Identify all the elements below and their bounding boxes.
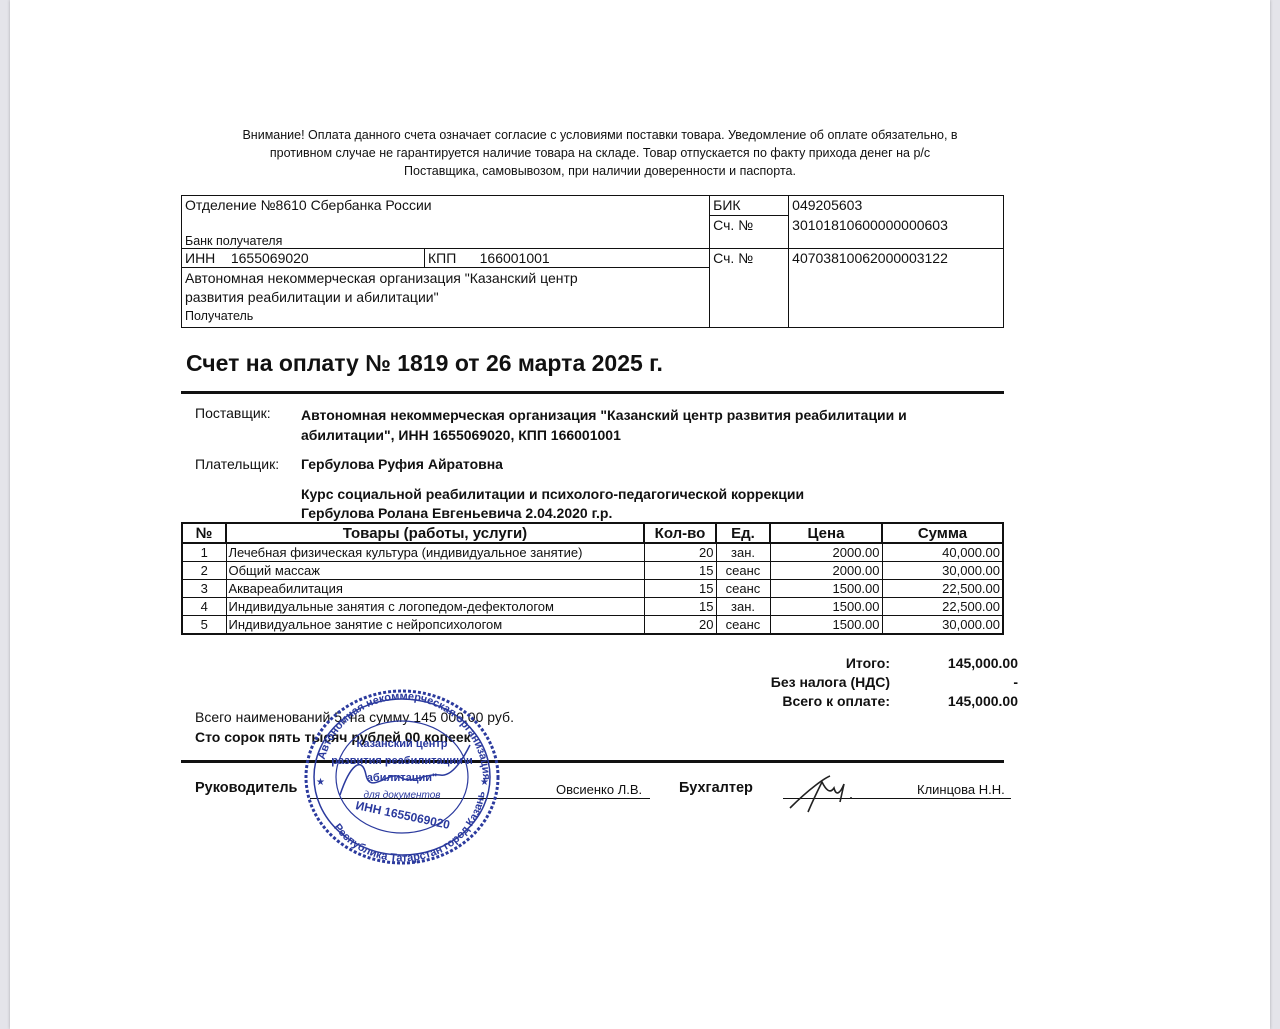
kpp-cell: КПП 166001001 (425, 249, 710, 268)
row-price: 2000.00 (770, 543, 882, 562)
bik-label: БИК (710, 196, 789, 216)
accountant-name: Клинцова Н.Н. (917, 782, 1005, 797)
organization-stamp-icon: Автономная некоммерческая организация Ре… (300, 685, 505, 865)
row-unit: зан. (716, 598, 770, 616)
bank-details-table: Отделение №8610 Сбербанка России Банк по… (181, 195, 1004, 328)
row-number: 3 (182, 580, 226, 598)
accountant-signature-icon (780, 768, 880, 818)
row-sum: 22,500.00 (882, 598, 1003, 616)
supplier-value: Автономная некоммерческая организация "К… (301, 405, 981, 445)
account-value: 40703810062000003122 (789, 249, 1004, 328)
row-qty: 20 (644, 543, 716, 562)
row-name: Общий массаж (226, 562, 644, 580)
svg-text:★: ★ (480, 777, 489, 788)
recipient-label: Получатель (185, 307, 706, 326)
row-qty: 20 (644, 616, 716, 635)
row-unit: зан. (716, 543, 770, 562)
total-value: 145,000.00 (890, 655, 1018, 674)
svg-text:развития реабилитации и: развития реабилитации и (331, 755, 472, 767)
row-number: 4 (182, 598, 226, 616)
col-name: Товары (работы, услуги) (226, 523, 644, 543)
totals-block: Итого:145,000.00 Без налога (НДС)- Всего… (771, 655, 1018, 712)
row-name: Индивидуальные занятия с логопедом-дефек… (226, 598, 644, 616)
row-price: 1500.00 (770, 580, 882, 598)
inn-value: 1655069020 (231, 250, 309, 266)
kpp-value: 166001001 (480, 250, 550, 266)
bank-name-cell: Отделение №8610 Сбербанка России Банк по… (182, 196, 710, 249)
items-table: № Товары (работы, услуги) Кол-во Ед. Цен… (181, 522, 1004, 635)
table-row: 2 Общий массаж 15 сеанс 2000.00 30,000.0… (182, 562, 1003, 580)
row-number: 1 (182, 543, 226, 562)
row-number: 5 (182, 616, 226, 635)
account-label: Сч. № (710, 249, 789, 328)
recipient-cell: Автономная некоммерческая организация "К… (182, 268, 710, 328)
row-price: 1500.00 (770, 598, 882, 616)
svg-text:для документов: для документов (363, 790, 440, 801)
total-label: Итого: (846, 655, 890, 674)
payment-notice: Внимание! Оплата данного счета означает … (240, 126, 960, 180)
row-unit: сеанс (716, 580, 770, 598)
supplier-label: Поставщик: (195, 405, 271, 421)
recipient-name: Автономная некоммерческая организация "К… (185, 269, 625, 307)
table-row: 5 Индивидуальное занятие с нейропсихолог… (182, 616, 1003, 635)
row-price: 2000.00 (770, 562, 882, 580)
row-price: 1500.00 (770, 616, 882, 635)
vat-label: Без налога (НДС) (771, 674, 890, 693)
basis-line1: Курс социальной реабилитации и психолого… (301, 484, 804, 504)
row-sum: 40,000.00 (882, 543, 1003, 562)
row-qty: 15 (644, 562, 716, 580)
due-label: Всего к оплате: (782, 693, 890, 712)
col-qty: Кол-во (644, 523, 716, 543)
row-unit: сеанс (716, 616, 770, 635)
row-qty: 15 (644, 580, 716, 598)
row-qty: 15 (644, 598, 716, 616)
inn-label: ИНН (185, 250, 215, 266)
kpp-label: КПП (428, 250, 456, 266)
head-label: Руководитель (195, 780, 297, 796)
col-sum: Сумма (882, 523, 1003, 543)
table-row: 1 Лечебная физическая культура (индивиду… (182, 543, 1003, 562)
inn-cell: ИНН 1655069020 (182, 249, 425, 268)
table-row: 4 Индивидуальные занятия с логопедом-деф… (182, 598, 1003, 616)
row-sum: 30,000.00 (882, 616, 1003, 635)
payer-value: Гербулова Руфия Айратовна (301, 454, 503, 474)
svg-text:Казанский центр: Казанский центр (356, 738, 447, 750)
row-sum: 22,500.00 (882, 580, 1003, 598)
col-number: № (182, 523, 226, 543)
corr-account-label: Сч. № (710, 216, 789, 249)
row-name: Аквареабилитация (226, 580, 644, 598)
svg-text:ИНН 1655069020: ИНН 1655069020 (354, 798, 451, 832)
accountant-label: Бухгалтер (679, 780, 753, 796)
invoice-title: Счет на оплату № 1819 от 26 марта 2025 г… (186, 350, 663, 377)
due-value: 145,000.00 (890, 693, 1018, 712)
row-sum: 30,000.00 (882, 562, 1003, 580)
table-row: 3 Аквареабилитация 15 сеанс 1500.00 22,5… (182, 580, 1003, 598)
basis-line2: Гербулова Ролана Евгеньевича 2.04.2020 г… (301, 503, 612, 523)
head-name: Овсиенко Л.В. (556, 782, 642, 797)
bik-value: 049205603 (789, 196, 1004, 216)
row-name: Индивидуальное занятие с нейропсихологом (226, 616, 644, 635)
row-number: 2 (182, 562, 226, 580)
payer-label: Плательщик: (195, 456, 279, 472)
bank-name: Отделение №8610 Сбербанка России (185, 197, 706, 213)
col-unit: Ед. (716, 523, 770, 543)
corr-account-value: 30101810600000000603 (789, 216, 1004, 249)
bank-label: Банк получателя (185, 234, 282, 248)
row-name: Лечебная физическая культура (индивидуал… (226, 543, 644, 562)
col-price: Цена (770, 523, 882, 543)
row-unit: сеанс (716, 562, 770, 580)
title-rule (181, 391, 1004, 394)
vat-value: - (890, 674, 1018, 693)
svg-text:★: ★ (316, 777, 325, 788)
